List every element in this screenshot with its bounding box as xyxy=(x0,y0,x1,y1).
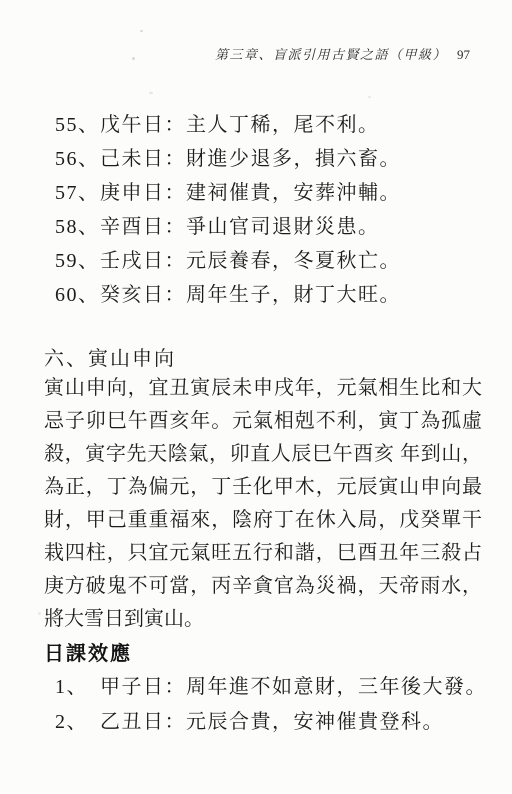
item-text: 庚申日：建祠催貴，安葬沖輔。 xyxy=(100,176,484,210)
item-number: 57、 xyxy=(55,176,100,210)
item-text: 己未日：財進少退多，損六畜。 xyxy=(100,142,484,176)
item-number: 2、 xyxy=(55,705,100,740)
item-text: 甲子日：周年進不如意財，三年後大發。 xyxy=(100,670,487,705)
paragraph-line: 忌子卯巳午酉亥年。元氣相剋不利，寅丁為孤虛人 xyxy=(44,405,482,438)
scan-speck xyxy=(38,612,41,615)
item-text: 乙丑日：元辰合貴，安神催貴登科。 xyxy=(100,705,484,740)
scan-speck xyxy=(149,92,153,94)
day-row: 58、 辛酉日：爭山官司退財災患。 xyxy=(55,210,484,244)
item-text: 辛酉日：爭山官司退財災患。 xyxy=(100,210,484,244)
item-number: 1、 xyxy=(55,670,100,705)
section-heading: 六、寅山申向 xyxy=(44,342,176,371)
paragraph-line: 為正，丁為偏元，丁壬化甲木，元辰寅山申向最宜 xyxy=(44,471,482,504)
day-row: 59、 壬戌日：元辰養春，冬夏秋亡。 xyxy=(55,244,484,278)
day-list-1-2: 1、 甲子日：周年進不如意財，三年後大發。 2、 乙丑日：元辰合貴，安神催貴登科… xyxy=(55,670,484,740)
day-row: 2、 乙丑日：元辰合貴，安神催貴登科。 xyxy=(55,705,484,740)
day-list-55-60: 55、 戊午日：主人丁稀，尾不利。 56、 己未日：財進少退多，損六畜。 57、… xyxy=(55,108,484,312)
paragraph-line: 殺，寅字先天陰氣，卯直人辰巳午酉亥 年到山，壬 xyxy=(44,438,482,471)
item-text: 癸亥日：周年生子，財丁大旺。 xyxy=(100,278,484,312)
item-number: 55、 xyxy=(55,108,100,142)
chapter-title: 第三章、盲派引用古賢之語（甲級） xyxy=(215,47,447,62)
day-row: 57、 庚申日：建祠催貴，安葬沖輔。 xyxy=(55,176,484,210)
book-page: 第三章、盲派引用古賢之語（甲級）97 55、 戊午日：主人丁稀，尾不利。 56、… xyxy=(0,0,512,794)
day-row: 60、 癸亥日：周年生子，財丁大旺。 xyxy=(55,278,484,312)
item-text: 壬戌日：元辰養春，冬夏秋亡。 xyxy=(100,244,484,278)
item-number: 60、 xyxy=(55,278,100,312)
paragraph-line: 將大雪日到寅山。 xyxy=(44,603,482,636)
page-number: 97 xyxy=(457,47,470,62)
paragraph-line: 栽四柱，只宜元氣旺五行和諧，巳酉丑年三殺占乙 xyxy=(44,537,482,570)
day-row: 56、 己未日：財進少退多，損六畜。 xyxy=(55,142,484,176)
item-number: 56、 xyxy=(55,142,100,176)
paragraph-line: 庚方破鬼不可當，丙辛貪官為災禍，天帝雨水，天 xyxy=(44,570,482,603)
day-row: 1、 甲子日：周年進不如意財，三年後大發。 xyxy=(55,670,484,705)
running-head: 第三章、盲派引用古賢之語（甲級）97 xyxy=(215,44,470,63)
scan-speck xyxy=(140,30,143,32)
scan-speck xyxy=(132,57,135,60)
item-number: 58、 xyxy=(55,210,100,244)
item-text: 戊午日：主人丁稀，尾不利。 xyxy=(100,108,484,142)
item-number: 59、 xyxy=(55,244,100,278)
paragraph-line: 寅山申向，宜丑寅辰未申戌年，元氣相生比和大吉。 xyxy=(44,372,482,405)
day-row: 55、 戊午日：主人丁稀，尾不利。 xyxy=(55,108,484,142)
section-paragraph: 寅山申向，宜丑寅辰未申戌年，元氣相生比和大吉。 忌子卯巳午酉亥年。元氣相剋不利，… xyxy=(44,372,482,636)
paragraph-line: 財，甲己重重福來，陰府丁在休入局，戊癸單干交 xyxy=(44,504,482,537)
scan-speck xyxy=(368,96,371,98)
subheading: 日課效應 xyxy=(44,637,132,666)
